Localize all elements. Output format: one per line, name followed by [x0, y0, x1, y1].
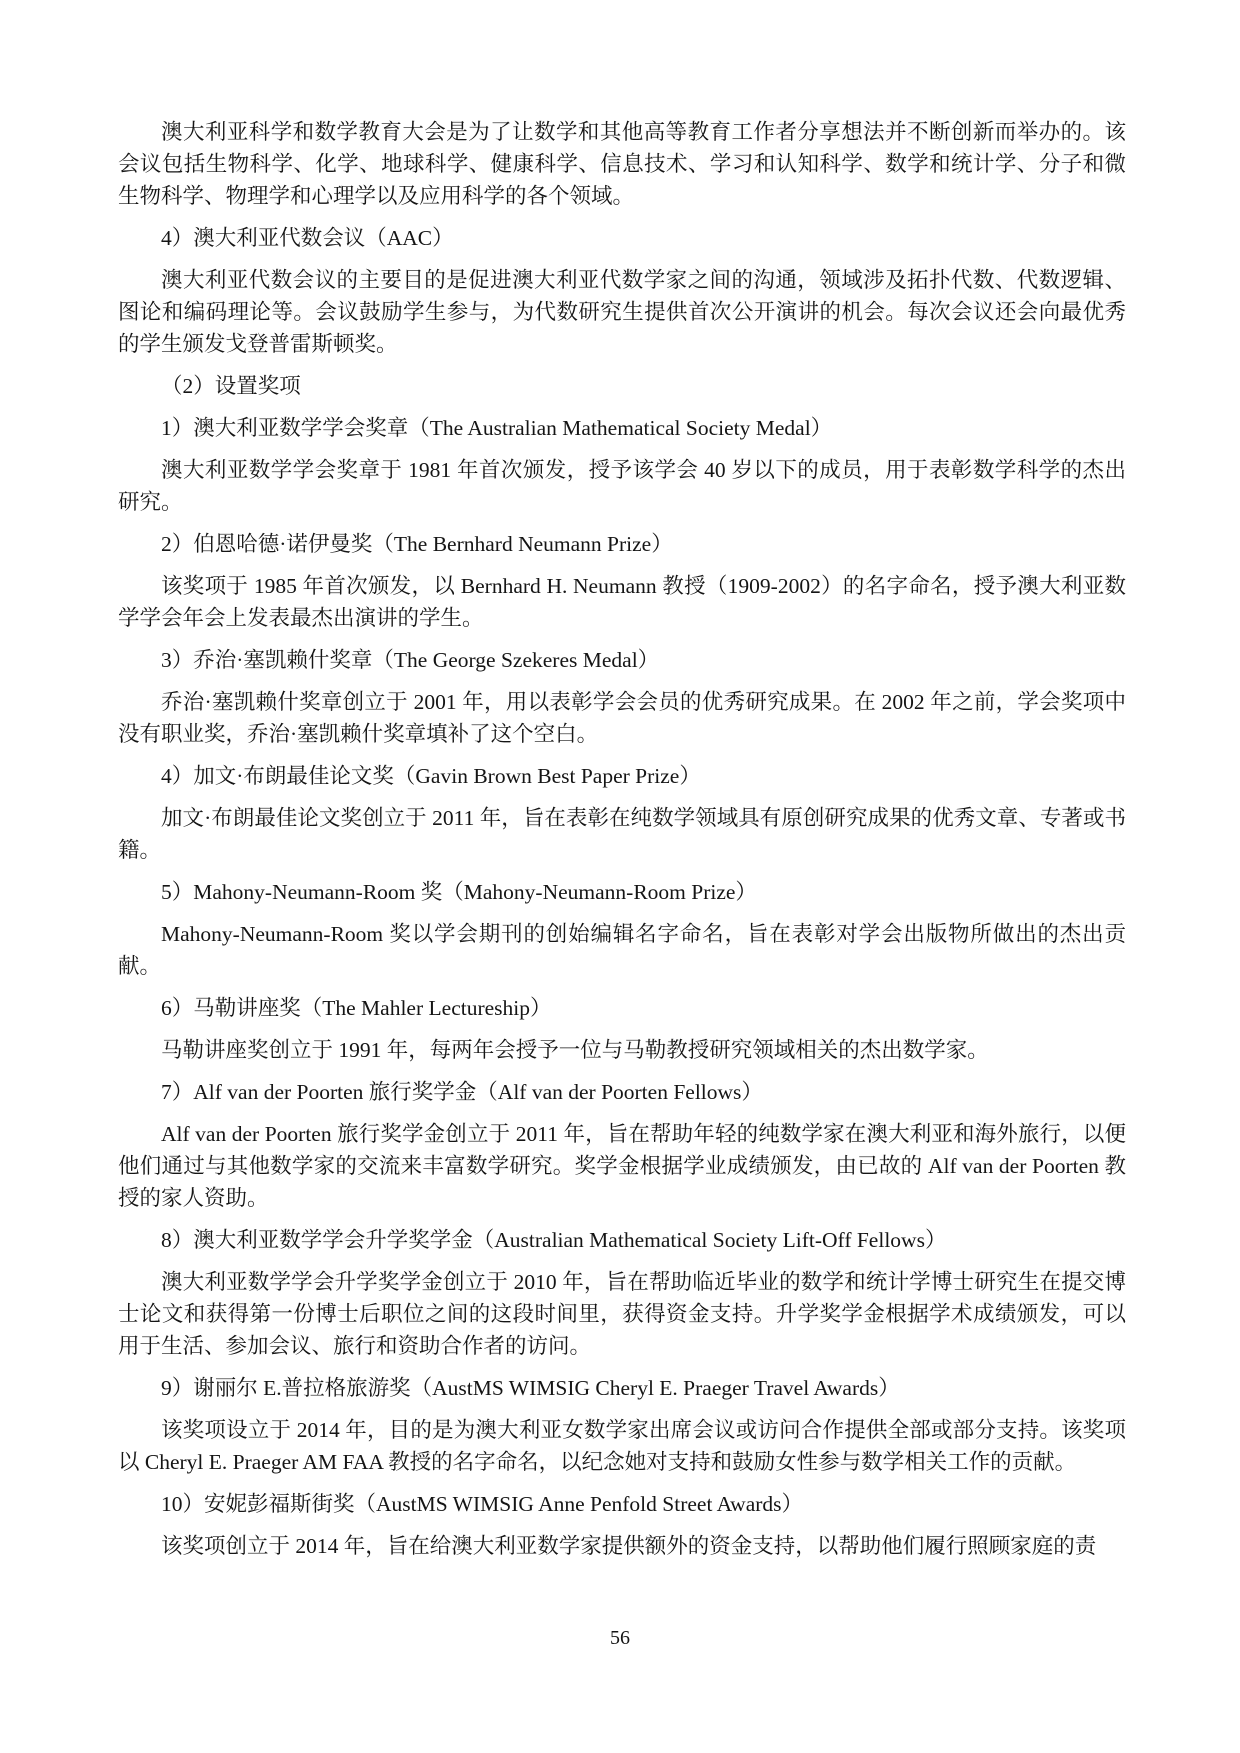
section-heading: 6）马勒讲座奖（The Mahler Lectureship）: [118, 992, 1126, 1024]
section-heading: （2）设置奖项: [118, 370, 1126, 402]
paragraph: 乔治·塞凯赖什奖章创立于 2001 年，用以表彰学会会员的优秀研究成果。在 20…: [118, 686, 1126, 750]
section-heading: 7）Alf van der Poorten 旅行奖学金（Alf van der …: [118, 1076, 1126, 1108]
section-heading: 8）澳大利亚数学学会升学奖学金（Australian Mathematical …: [118, 1224, 1126, 1256]
section-heading: 5）Mahony-Neumann-Room 奖（Mahony-Neumann-R…: [118, 876, 1126, 908]
paragraph: Mahony-Neumann-Room 奖以学会期刊的创始编辑名字命名，旨在表彰…: [118, 918, 1126, 982]
section-heading: 2）伯恩哈德·诺伊曼奖（The Bernhard Neumann Prize）: [118, 528, 1126, 560]
document-page: 澳大利亚科学和数学教育大会是为了让数学和其他高等教育工作者分享想法并不断创新而举…: [0, 0, 1240, 1753]
section-heading: 9）谢丽尔 E.普拉格旅游奖（AustMS WIMSIG Cheryl E. P…: [118, 1372, 1126, 1404]
document-body: 澳大利亚科学和数学教育大会是为了让数学和其他高等教育工作者分享想法并不断创新而举…: [118, 116, 1126, 1572]
paragraph: 澳大利亚代数会议的主要目的是促进澳大利亚代数学家之间的沟通，领域涉及拓扑代数、代…: [118, 264, 1126, 360]
section-heading: 1）澳大利亚数学学会奖章（The Australian Mathematical…: [118, 412, 1126, 444]
paragraph: 该奖项创立于 2014 年，旨在给澳大利亚数学家提供额外的资金支持，以帮助他们履…: [118, 1530, 1126, 1562]
paragraph: 加文·布朗最佳论文奖创立于 2011 年，旨在表彰在纯数学领域具有原创研究成果的…: [118, 802, 1126, 866]
section-heading: 4）加文·布朗最佳论文奖（Gavin Brown Best Paper Priz…: [118, 760, 1126, 792]
section-heading: 10）安妮彭福斯街奖（AustMS WIMSIG Anne Penfold St…: [118, 1488, 1126, 1520]
section-heading: 3）乔治·塞凯赖什奖章（The George Szekeres Medal）: [118, 644, 1126, 676]
page-number: 56: [0, 1624, 1240, 1652]
paragraph: 马勒讲座奖创立于 1991 年，每两年会授予一位与马勒教授研究领域相关的杰出数学…: [118, 1034, 1126, 1066]
paragraph: 该奖项设立于 2014 年，目的是为澳大利亚女数学家出席会议或访问合作提供全部或…: [118, 1414, 1126, 1478]
section-heading: 4）澳大利亚代数会议（AAC）: [118, 222, 1126, 254]
paragraph: 澳大利亚数学学会奖章于 1981 年首次颁发，授予该学会 40 岁以下的成员，用…: [118, 454, 1126, 518]
paragraph: 澳大利亚数学学会升学奖学金创立于 2010 年，旨在帮助临近毕业的数学和统计学博…: [118, 1266, 1126, 1362]
paragraph: Alf van der Poorten 旅行奖学金创立于 2011 年，旨在帮助…: [118, 1118, 1126, 1214]
paragraph: 该奖项于 1985 年首次颁发，以 Bernhard H. Neumann 教授…: [118, 570, 1126, 634]
paragraph: 澳大利亚科学和数学教育大会是为了让数学和其他高等教育工作者分享想法并不断创新而举…: [118, 116, 1126, 212]
